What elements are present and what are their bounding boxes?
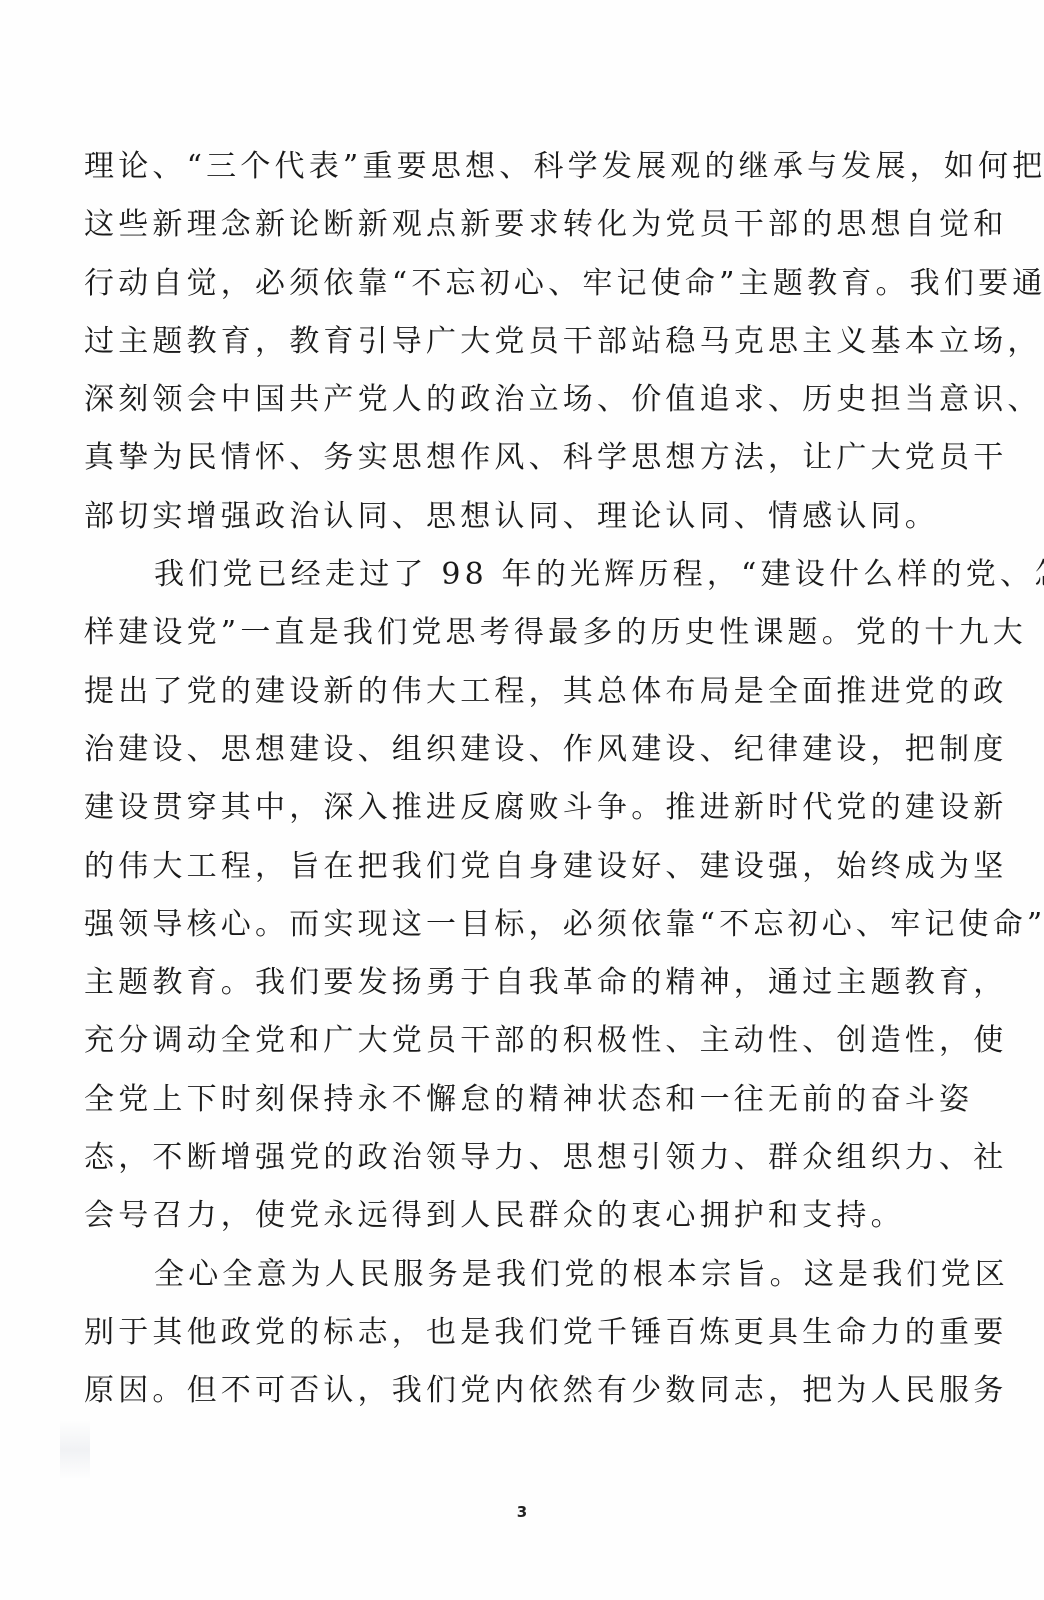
paragraph-2-line-9: 充分调动全党和广大党员干部的积极性、主动性、创造性，使 [84,1012,930,1070]
paragraph-2-line-11: 态，不断增强党的政治领导力、思想引领力、群众组织力、社 [84,1129,930,1187]
paragraph-2-line-3: 提出了党的建设新的伟大工程，其总体布局是全面推进党的政 [84,663,930,721]
paragraph-1-line-3: 行动自觉，必须依靠“不忘初心、牢记使命”主题教育。我们要通 [84,255,930,313]
paragraph-2-line-6: 的伟大工程，旨在把我们党自身建设好、建设强，始终成为坚 [84,838,930,896]
paragraph-2-line-10: 全党上下时刻保持永不懈怠的精神状态和一往无前的奋斗姿 [84,1071,930,1129]
scan-artifact [60,1420,90,1480]
page-number: 3 [0,1503,1044,1521]
paragraph-2-line-1: 我们党已经走过了 98 年的光辉历程，“建设什么样的党、怎 [84,546,930,604]
paragraph-2-line-4: 治建设、思想建设、组织建设、作风建设、纪律建设，把制度 [84,721,930,779]
document-body: 理论、“三个代表”重要思想、科学发展观的继承与发展，如何把 这些新理念新论断新观… [84,138,930,1421]
paragraph-2-line-12: 会号召力，使党永远得到人民群众的衷心拥护和支持。 [84,1187,930,1245]
paragraph-2-line-5: 建设贯穿其中，深入推进反腐败斗争。推进新时代党的建设新 [84,779,930,837]
paragraph-1-line-4: 过主题教育，教育引导广大党员干部站稳马克思主义基本立场， [84,313,930,371]
paragraph-2-line-2: 样建设党”一直是我们党思考得最多的历史性课题。党的十九大 [84,604,930,662]
paragraph-3-line-3: 原因。但不可否认，我们党内依然有少数同志，把为人民服务 [84,1362,930,1420]
paragraph-1-line-5: 深刻领会中国共产党人的政治立场、价值追求、历史担当意识、 [84,371,930,429]
paragraph-2-line-7: 强领导核心。而实现这一目标，必须依靠“不忘初心、牢记使命” [84,896,930,954]
paragraph-3-line-1: 全心全意为人民服务是我们党的根本宗旨。这是我们党区 [84,1246,930,1304]
paragraph-1-line-7: 部切实增强政治认同、思想认同、理论认同、情感认同。 [84,488,930,546]
paragraph-2-line-8: 主题教育。我们要发扬勇于自我革命的精神，通过主题教育， [84,954,930,1012]
paragraph-1-line-6: 真挚为民情怀、务实思想作风、科学思想方法，让广大党员干 [84,429,930,487]
paragraph-3-line-2: 别于其他政党的标志，也是我们党千锤百炼更具生命力的重要 [84,1304,930,1362]
document-page: 理论、“三个代表”重要思想、科学发展观的继承与发展，如何把 这些新理念新论断新观… [0,0,1044,1600]
paragraph-1-line-1: 理论、“三个代表”重要思想、科学发展观的继承与发展，如何把 [84,138,930,196]
paragraph-1-line-2: 这些新理念新论断新观点新要求转化为党员干部的思想自觉和 [84,196,930,254]
